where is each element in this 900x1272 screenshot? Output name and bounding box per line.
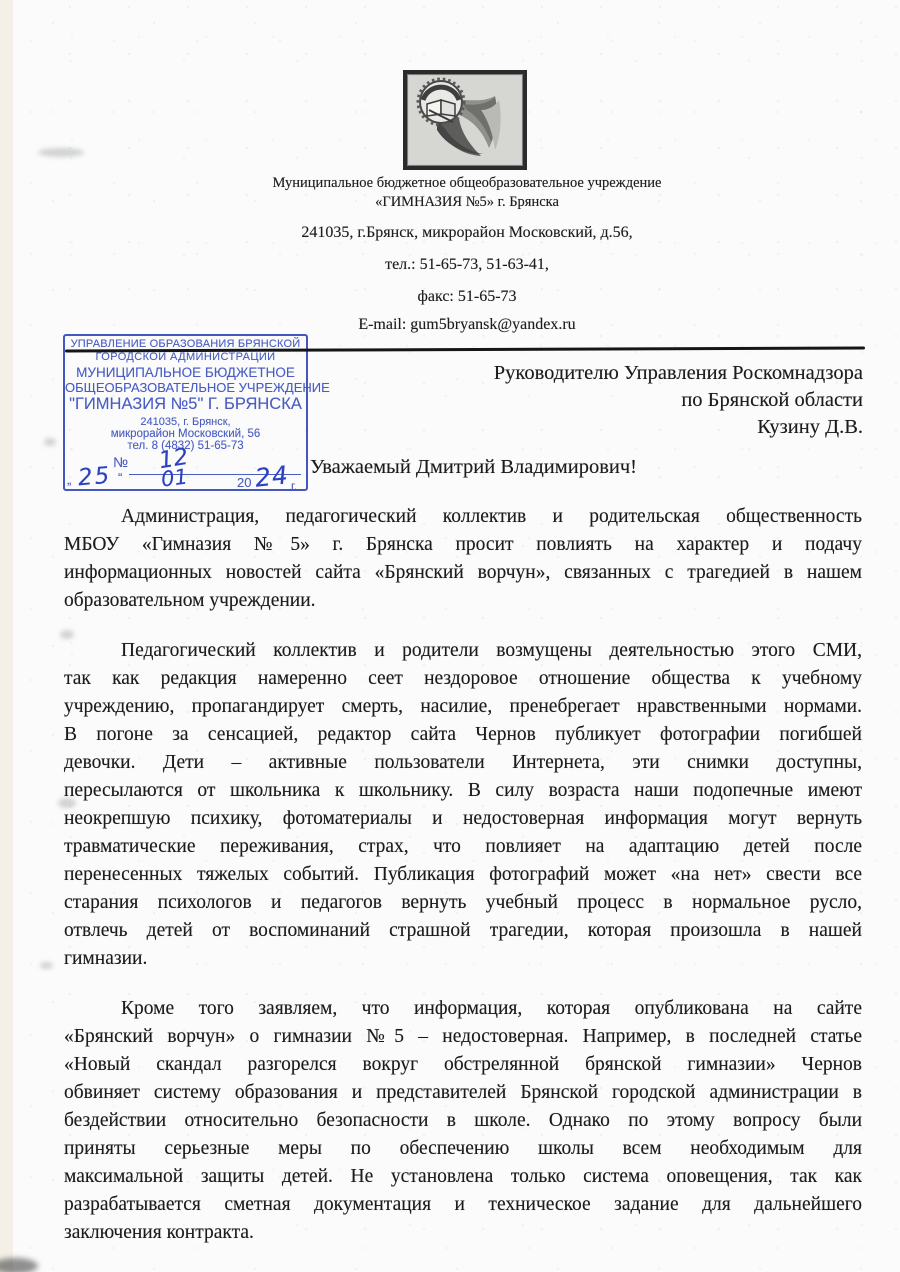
stamp-close-quote: “: [118, 470, 122, 485]
recipient-line1: Руководителю Управления Роскомнадзора: [420, 360, 863, 387]
school-emblem-flag-icon: [403, 70, 527, 170]
letterhead-address: 241035, г.Брянск, микрорайон Московский,…: [34, 224, 900, 242]
body-line: информационных новостей сайта «Брянский …: [64, 559, 862, 587]
body-line: «Новый скандал разгорелся вокруг обстрел…: [64, 1051, 862, 1079]
scanner-edge-strip: [0, 0, 13, 1272]
body-line: «Брянский ворчун» о гимназии №5 – недост…: [64, 1023, 862, 1051]
school-logo-image: [403, 70, 527, 170]
scan-smudge: [60, 630, 74, 639]
body-line: так как редакция намеренно сеет нездоров…: [64, 665, 862, 693]
handwritten-month: 01: [160, 464, 189, 491]
stamp-school-name: "ГИМНАЗИЯ №5" Г. БРЯНСКА: [65, 395, 306, 414]
registration-stamp: УПРАВЛЕНИЕ ОБРАЗОВАНИЯ БРЯНСКОЙ ГОРОДСКО…: [63, 334, 308, 491]
body-paragraph: Кроме того заявляем, что информация, кот…: [64, 995, 862, 1247]
letterhead-phone: тел.: 51-65-73, 51-63-41,: [34, 256, 900, 274]
body-line: учреждению, пропагандирует смерть, насил…: [64, 693, 862, 721]
body-line: Кроме того заявляем, что информация, кот…: [64, 995, 862, 1023]
body-line: обвиняет систему образования и представи…: [64, 1079, 862, 1107]
scan-smudge: [40, 962, 53, 969]
body-line: В погоне за сенсацией, редактор сайта Че…: [64, 721, 862, 749]
body-line: Педагогический коллектив и родители возм…: [64, 637, 862, 665]
recipient-block: Руководителю Управления Роскомнадзора по…: [420, 360, 863, 441]
scan-smudge: [38, 148, 84, 157]
body-line: гимназии.: [64, 945, 862, 973]
body-paragraph: Администрация, педагогический коллектив …: [64, 503, 862, 615]
letter-body: Администрация, педагогический коллектив …: [64, 503, 862, 1269]
stamp-line: ГОРОДСКОЙ АДМИНИСТРАЦИИ: [65, 351, 306, 363]
body-line: отвлечь детей от воспоминаний страшной т…: [64, 917, 862, 945]
body-line: неокрепшую психику, фотоматериалы и недо…: [64, 805, 862, 833]
stamp-year-prefix: 20: [237, 475, 251, 490]
handwritten-day: 25: [77, 463, 112, 492]
body-line: Администрация, педагогический коллектив …: [64, 503, 862, 531]
body-line: максимальной защиты детей. Не установлен…: [64, 1163, 862, 1191]
scanned-letter-page: Муниципальное бюджетное общеобразователь…: [0, 0, 900, 1272]
body-line: образовательном учреждении.: [64, 587, 862, 615]
body-line: травматические переживания, страх, что п…: [64, 833, 862, 861]
body-line: перенесенных тяжелых событий. Публикация…: [64, 861, 862, 889]
body-line: разрабатывается сметная документация и т…: [64, 1191, 862, 1219]
stamp-address-line: микрорайон Московский, 56: [65, 428, 306, 440]
stamp-line: ОБЩЕОБРАЗОВАТЕЛЬНОЕ УЧРЕЖДЕНИЕ: [65, 380, 306, 395]
handwritten-year: 24: [254, 460, 291, 492]
scan-smudge: [44, 438, 56, 446]
salutation: Уважаемый Дмитрий Владимирович!: [310, 456, 637, 479]
body-line: девочки. Дети – активные пользователи Ин…: [64, 749, 862, 777]
body-line: старания психологов и педагогов вернуть …: [64, 889, 862, 917]
letterhead-fax: факс: 51-65-73: [34, 288, 900, 306]
organization-name-line1: Муниципальное бюджетное общеобразователь…: [34, 174, 900, 193]
body-line: заключения контракта.: [64, 1219, 862, 1247]
recipient-line2: по Брянской области: [420, 387, 863, 414]
body-line: бездействии относительно безопасности в …: [64, 1107, 862, 1135]
body-line: пересылаются от школьника к школьнику. В…: [64, 777, 862, 805]
recipient-line3: Кузину Д.В.: [420, 414, 863, 441]
scan-corner-shadow: [0, 1258, 38, 1272]
scan-smudge: [58, 798, 76, 808]
body-paragraph: Педагогический коллектив и родители возм…: [64, 637, 862, 973]
stamp-year-suffix: г.: [291, 479, 297, 493]
body-line: МБОУ «Гимназия №5» г. Брянска просит пов…: [64, 531, 862, 559]
letterhead-email: E-mail: gum5bryansk@yandex.ru: [34, 316, 900, 334]
stamp-address-line: 241035, г. Брянск,: [65, 416, 306, 428]
body-line: приняты серьезные меры по обеспечению шк…: [64, 1135, 862, 1163]
letterhead-block: Муниципальное бюджетное общеобразователь…: [34, 174, 900, 212]
stamp-line: МУНИЦИПАЛЬНОЕ БЮДЖЕТНОЕ: [65, 365, 306, 380]
stamp-number-label: №: [113, 454, 128, 470]
organization-name-line2: «ГИМНАЗИЯ №5» г. Брянска: [34, 193, 900, 212]
